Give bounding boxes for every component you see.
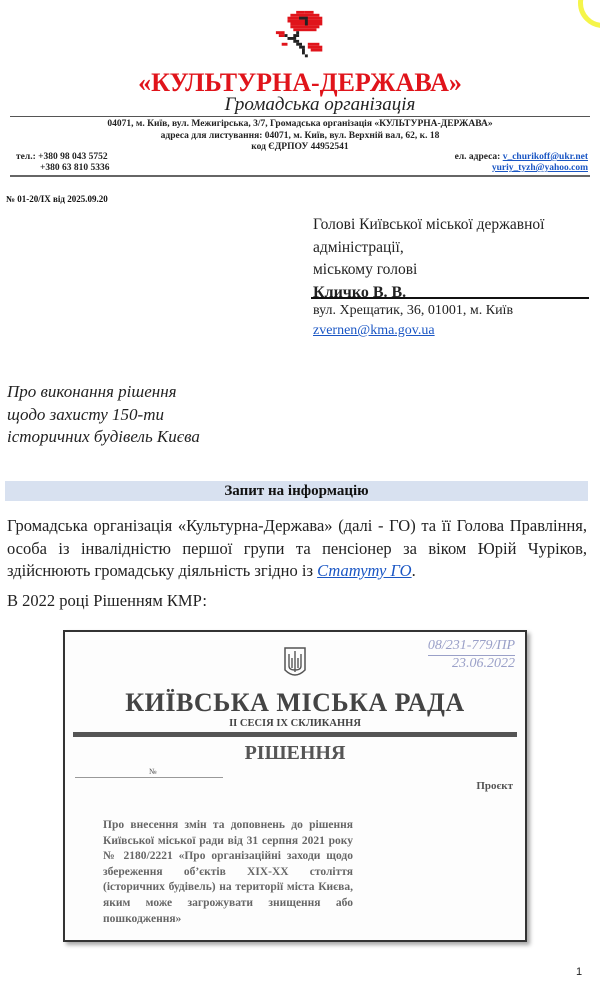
paragraph-1-end: . [412,561,416,580]
addressee-street: вул. Хрещатик, 36, 01001, м. Київ [313,301,513,321]
phone-1: тел.: +380 98 043 5752 [16,152,108,162]
addressee-line-1: Голові Київської міської державної [313,214,544,237]
rose-logo-icon [272,8,332,66]
stamp-line-1: 08/231-779/ПР [428,638,515,656]
council-divider [73,732,517,737]
email-link-2[interactable]: yuriy_tyzh@yahoo.com [492,163,588,173]
registration-stamp: 08/231-779/ПР 23.06.2022 [428,638,515,672]
org-subtitle: Громадська організація [200,94,440,116]
address-line-1: 04071, м. Київ, вул. Межигірська, 3/7, Г… [0,119,600,129]
section-heading: Запит на інформацію [5,481,588,501]
email-link-1[interactable]: v_churikoff@ukr.net [503,152,588,162]
embedded-decision-image: 08/231-779/ПР 23.06.2022 КИЇВСЬКА МІСЬКА… [63,630,527,942]
letterhead-bottom-divider [10,175,590,177]
addressee-email-link[interactable]: zvernen@kma.gov.ua [313,323,435,338]
addressee-contact: вул. Хрещатик, 36, 01001, м. Київ zverne… [313,301,513,341]
council-title: КИЇВСЬКА МІСЬКА РАДА [65,688,525,718]
registration-number: № 01-20/IX від 2025.09.20 [6,194,108,204]
addressee-line-2: адміністрації, [313,237,544,260]
email-line-1: ел. адреса: v_churikoff@ukr.net [455,152,588,162]
letter-subject: Про виконання рішення щодо захисту 150-т… [7,381,200,449]
statute-link[interactable]: Статуту ГО [317,561,411,580]
email-label: ел. адреса: [455,152,503,162]
page-number: 1 [576,966,582,978]
number-label: № [149,767,157,776]
paragraph-1-text: Громадська організація «Культурна-Держав… [7,516,587,580]
highlight-circle-mark [578,0,600,28]
council-session: II СЕСІЯ IX СКЛИКАННЯ [65,718,525,729]
address-line-2: адреса для листування: 04071, м. Київ, в… [0,131,600,141]
subject-line-3: історичних будівель Києва [7,426,200,449]
stamp-line-2: 23.06.2022 [428,656,515,672]
project-status: Проєкт [476,780,513,792]
body-paragraph-2: В 2022 році Рішенням КМР: [7,591,207,611]
subject-line-1: Про виконання рішення [7,381,200,404]
subject-line-2: щодо захисту 150-ти [7,404,200,427]
addressee-block: Голові Київської міської державної адмін… [313,214,544,304]
decision-title: РІШЕННЯ [65,742,525,765]
email-line-2: yuriy_tyzh@yahoo.com [492,163,588,173]
letterhead-divider [10,116,590,117]
number-underline [75,777,223,778]
edrpou-code: код ЄДРПОУ 44952541 [0,142,600,152]
body-paragraph-1: Громадська організація «Культурна-Держав… [7,515,587,583]
decision-text: Про внесення змін та доповнень до рішенн… [103,818,353,927]
trident-coat-of-arms-icon [283,646,307,680]
addressee-divider [311,297,589,299]
addressee-line-3: міському голові [313,259,544,282]
phone-2: +380 63 810 5336 [40,163,110,173]
